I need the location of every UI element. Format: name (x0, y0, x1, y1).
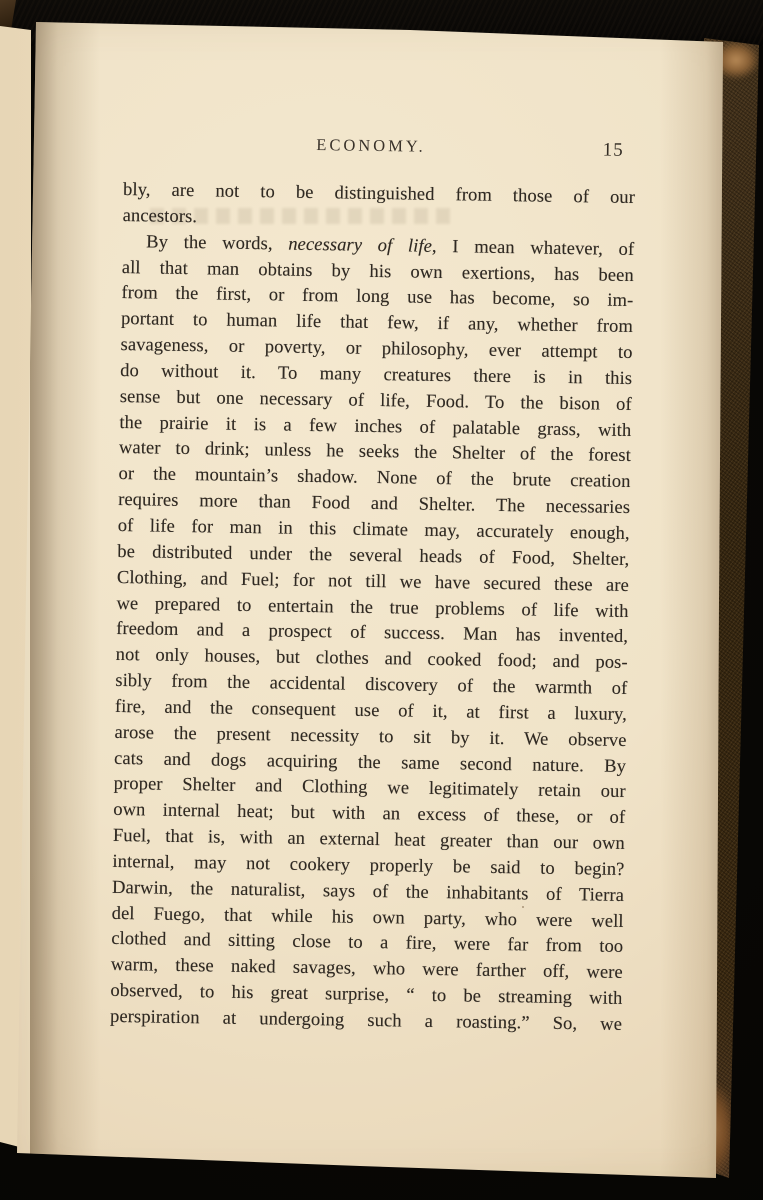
running-head-row: ECONOMY. 15 (124, 130, 636, 162)
page-number: 15 (603, 140, 624, 162)
gutter-shadow (30, 0, 100, 1200)
page-text: ECONOMY. 15 bly, are not to be distingui… (110, 130, 636, 1039)
body-text: bly, are not to be distinguished from th… (110, 178, 635, 1039)
book-page: ECONOMY. 15 bly, are not to be distingui… (0, 0, 763, 1200)
book-photo: ECONOMY. 15 bly, are not to be distingui… (0, 0, 763, 1200)
fore-edge-shade (660, 0, 726, 1200)
running-head: ECONOMY. (316, 135, 426, 157)
